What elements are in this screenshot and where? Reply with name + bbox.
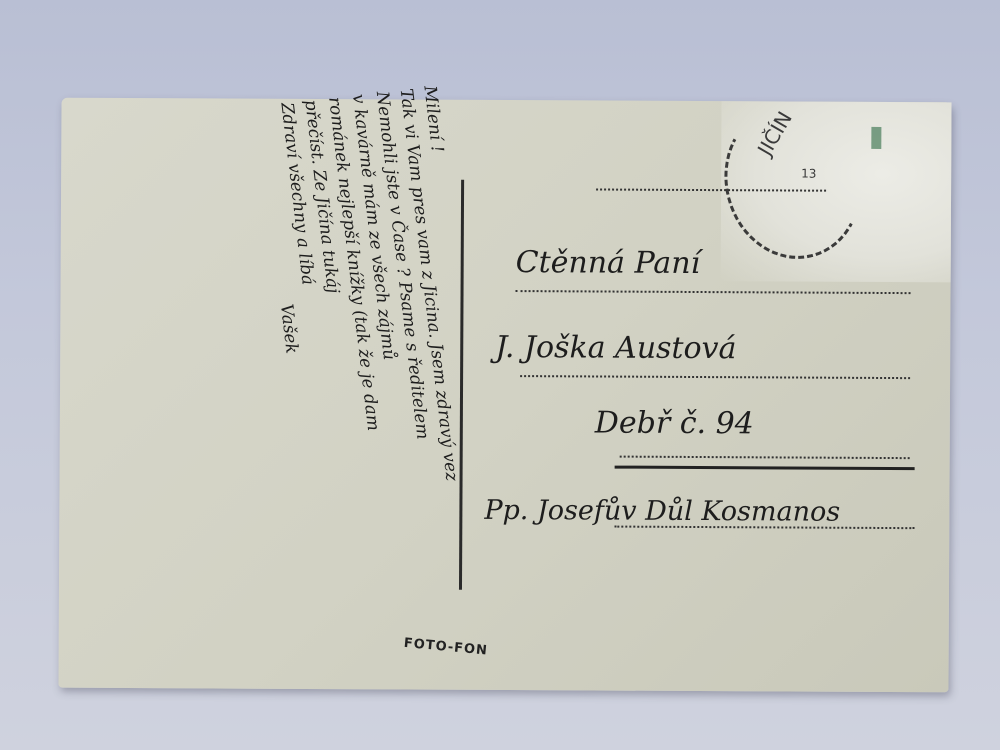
address-line-1: Ctěnná Paní [516,245,701,281]
postcard: Milení ! Tak vi Vam pres vam z Jicina. J… [58,98,951,693]
stamp-remnant [871,127,881,149]
postmark-number: 13 [801,167,816,181]
address-line-rule [520,375,910,379]
address-line-3: Debř č. 94 [595,405,754,441]
address-line-rule [620,456,910,460]
address-line-rule [596,188,826,191]
handwritten-message: Milení ! Tak vi Vam pres vam z Jicina. J… [69,108,462,670]
address-line-rule [614,526,914,530]
address-underline [615,466,915,471]
address-line-4: Pp. Josefův Důl Kosmanos [484,495,840,528]
address-line-2: J. Joška Austová [495,330,736,366]
address-line-rule [516,290,911,294]
